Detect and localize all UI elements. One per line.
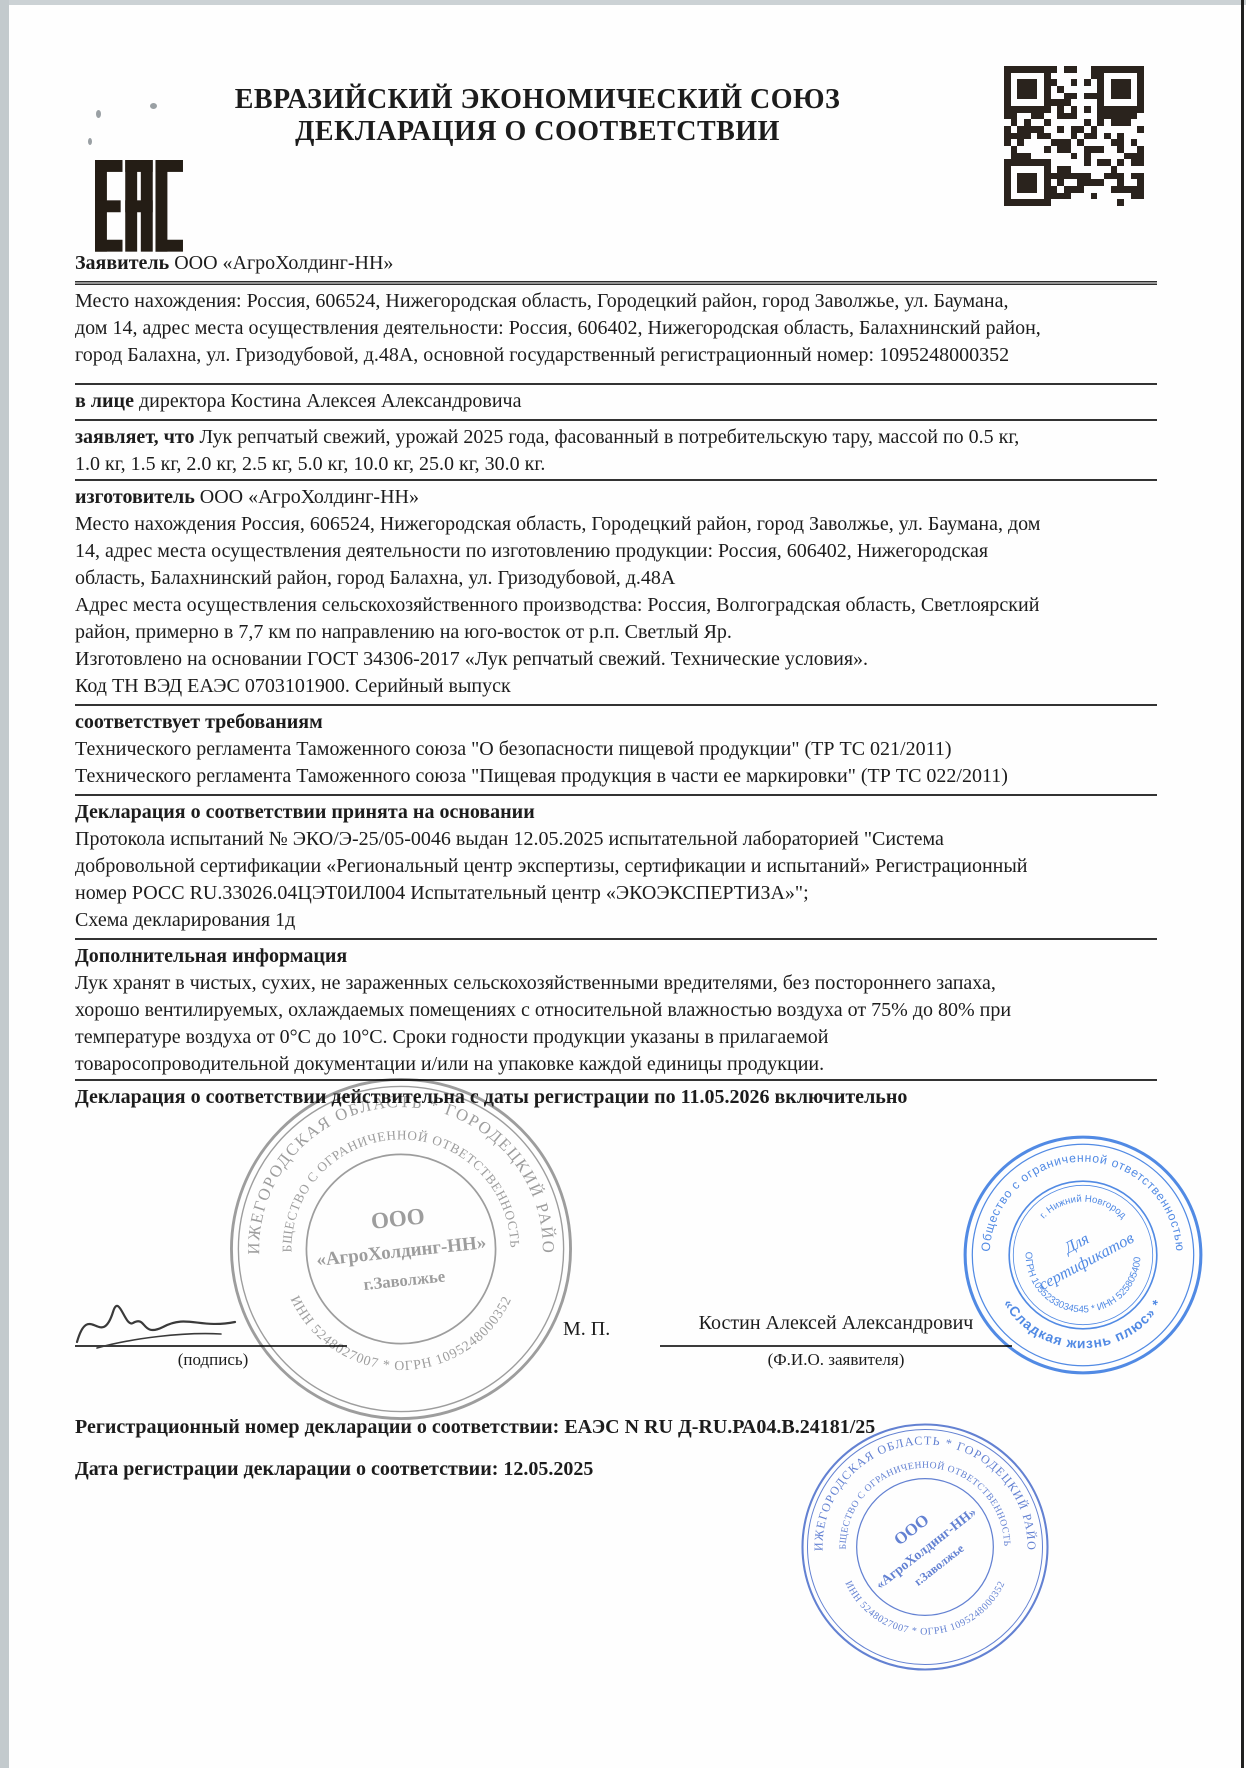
declares-label: заявляет, что [75,426,194,448]
stamp-ring-text: г. Нижний Новгород [1038,1194,1128,1222]
svg-text:ИНН 5248027007 * ОГРН 10952480: ИНН 5248027007 * ОГРН 1095248000352 [288,1293,515,1373]
scheme-line: Схема декларирования 1д [75,907,1043,934]
scan-edge-top [0,0,1246,5]
svg-text:г. Нижний Новгород: г. Нижний Новгород [1038,1194,1128,1222]
scan-speck [96,110,101,118]
tr-022: Технического регламента Таможенного союз… [75,763,1043,790]
protocol-paragraph: Протокола испытаний № ЭКО/Э-25/05-0046 в… [75,826,1043,907]
additional-text: Лук хранят в чистых, сухих, не зараженны… [75,970,1043,1078]
manufacturer-address: Место нахождения Россия, 606524, Нижегор… [75,511,1043,592]
company-stamp-blue: НИЖЕГОРОДСКАЯ ОБЛАСТЬ * ГОРОДЕЦКИЙ РАЙОН… [800,1422,1050,1672]
title-line-2: ДЕКЛАРАЦИЯ О СООТВЕТСТВИИ [150,116,925,148]
scan-edge-left [0,0,9,1768]
scan-speck [88,138,92,145]
divider [75,419,1157,421]
registration-block: Регистрационный номер декларации о соотв… [75,1416,875,1481]
applicant-label: Заявитель [75,252,169,274]
document-title: ЕВРАЗИЙСКИЙ ЭКОНОМИЧЕСКИЙ СОЮЗ ДЕКЛАРАЦИ… [150,84,925,148]
divider [75,704,1157,706]
applicant-value: ООО «АгроХолдинг-НН» [169,252,393,274]
qr-code-icon [1004,66,1144,206]
divider [75,479,1157,481]
agro-address: Адрес места осуществления сельскохозяйст… [75,592,1043,646]
stamp-center-text: «АгроХолдинг-НН» [315,1232,487,1271]
declares-line: заявляет, что Лук репчатый свежий, урожа… [75,424,1043,478]
stamp-ring-text: ИНН 5248027007 * ОГРН 1095248000352 [288,1293,515,1373]
manufacturer-value: ООО «АгроХолдинг-НН» [195,486,419,508]
in-person-label: в лице [75,390,134,412]
applicant-line: Заявитель ООО «АгроХолдинг-НН» [75,250,1043,277]
stamp-center-text: г.Заволжье [363,1267,446,1294]
document-body: Заявитель ООО «АгроХолдинг-НН» Место нах… [75,250,1157,1111]
document-page: ЕВРАЗИЙСКИЙ ЭКОНОМИЧЕСКИЙ СОЮЗ ДЕКЛАРАЦИ… [0,0,1246,1768]
basis-heading: Декларация о соответствии принята на осн… [75,799,1043,826]
registration-date-line: Дата регистрации декларации о соответств… [75,1458,875,1481]
title-line-1: ЕВРАЗИЙСКИЙ ЭКОНОМИЧЕСКИЙ СОЮЗ [150,84,925,116]
stamp-center-text: ООО [370,1202,426,1233]
divider [75,938,1157,940]
eac-logo-icon [95,160,183,254]
svg-text:«Сладкая жизнь плюс» *: «Сладкая жизнь плюс» * [1001,1296,1166,1351]
company-stamp-gray: НИЖЕГОРОДСКАЯ ОБЛАСТЬ * ГОРОДЕЦКИЙ РАЙОН… [228,1076,574,1422]
in-person-value: директора Костина Алексея Александровича [134,390,522,412]
complies-heading: соответствует требованиям [75,709,1043,736]
tr-021: Технического регламента Таможенного союз… [75,736,1043,763]
divider [75,383,1157,385]
manufacturer-label: изготовитель [75,486,195,508]
stamp-ring-text: «Сладкая жизнь плюс» * [1001,1296,1166,1351]
gost-line: Изготовлено на основании ГОСТ 34306-2017… [75,646,1043,673]
in-person-line: в лице директора Костина Алексея Алексан… [75,388,1043,415]
additional-heading: Дополнительная информация [75,943,1043,970]
certificates-stamp: Общество с ограниченной ответственностью… [960,1132,1206,1378]
applicant-address: Место нахождения: Россия, 606524, Нижего… [75,288,1043,369]
stamp-ring-text: ИНН 5248027007 * ОГРН 1095248000352 [842,1579,1007,1637]
scan-edge-right [1241,0,1244,1768]
manufacturer-line: изготовитель ООО «АгроХолдинг-НН» [75,484,1043,511]
divider [75,281,1157,285]
declares-value: Лук репчатый свежий, урожай 2025 года, ф… [75,426,1019,475]
divider [75,794,1157,796]
svg-text:ИНН 5248027007 * ОГРН 10952480: ИНН 5248027007 * ОГРН 1095248000352 [842,1579,1007,1637]
tnved-line: Код ТН ВЭД ЕАЭС 0703101900. Серийный вып… [75,673,1043,700]
